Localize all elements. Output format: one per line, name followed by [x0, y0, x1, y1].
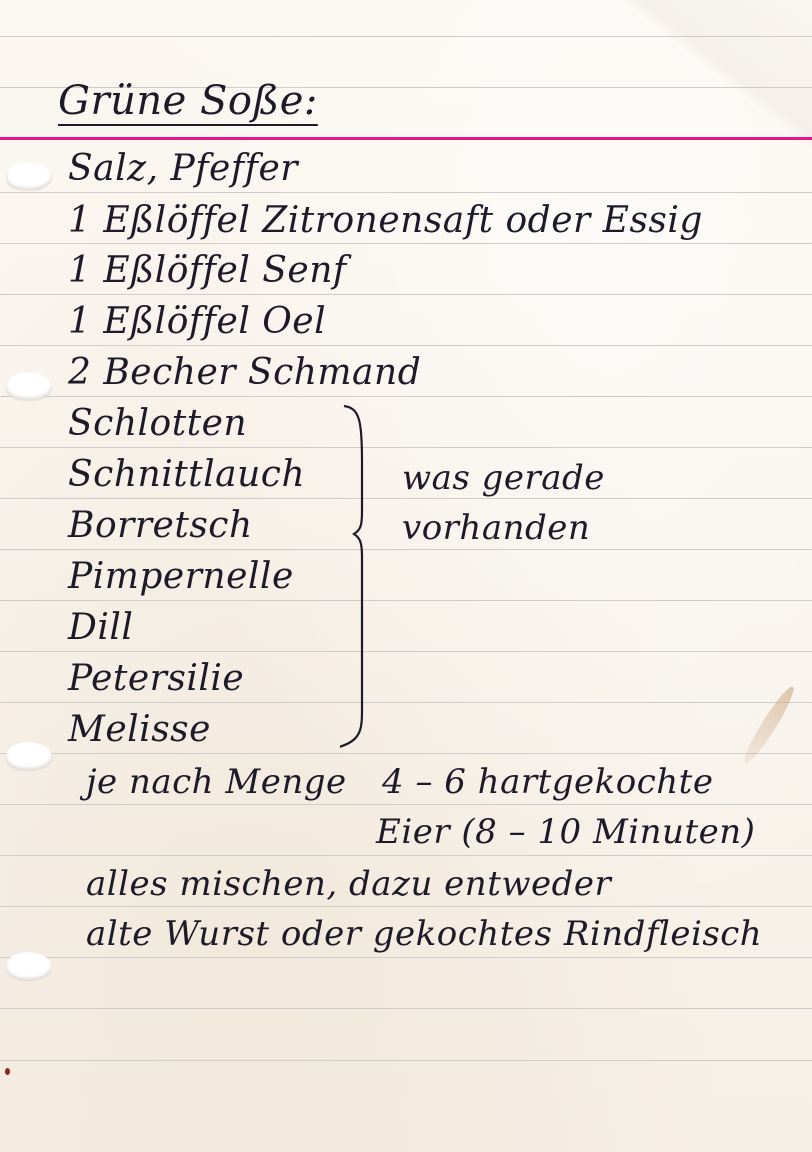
- ingredient-line: 1 Eßlöffel Zitronensaft oder Essig: [68, 200, 703, 241]
- ingredient-line: 1 Eßlöffel Oel: [68, 301, 326, 342]
- ruled-line: [0, 855, 812, 856]
- herbs-note-line1: was gerade: [402, 458, 605, 498]
- ruled-line: [0, 651, 812, 652]
- recipe-card: Grüne Soße: Salz, Pfeffer 1 Eßlöffel Zit…: [0, 0, 812, 1152]
- ingredient-line: 2 Becher Schmand: [68, 352, 421, 393]
- ink-spot: [5, 1068, 10, 1075]
- ruled-line: [0, 702, 812, 703]
- herbs-note-line2: vorhanden: [402, 508, 590, 548]
- herb-line: Melisse: [68, 709, 211, 750]
- instructions-line2: alte Wurst oder gekochtes Rindfleisch: [86, 914, 762, 954]
- recipe-title: Grüne Soße:: [58, 78, 318, 124]
- paper-stain: [739, 683, 799, 767]
- eggs-line1: 4 – 6 hartgekochte: [382, 762, 713, 802]
- ruled-line: [0, 549, 812, 550]
- ruled-line: [0, 396, 812, 397]
- punch-hole: [6, 742, 52, 770]
- punch-hole: [6, 952, 52, 980]
- herb-line: Schlotten: [68, 403, 247, 444]
- ruled-line: [0, 753, 812, 754]
- ingredient-line: Salz, Pfeffer: [68, 148, 298, 189]
- ruled-line: [0, 1008, 812, 1009]
- ruled-line: [0, 906, 812, 907]
- instructions-line1: alles mischen, dazu entweder: [86, 864, 611, 904]
- herb-line: Schnittlauch: [68, 454, 305, 495]
- punch-hole: [6, 162, 52, 190]
- ruled-line: [0, 294, 812, 295]
- header-margin-line: [0, 137, 812, 140]
- eggs-line2: Eier (8 – 10 Minuten): [376, 812, 755, 852]
- herb-line: Pimpernelle: [68, 556, 294, 597]
- ruled-line: [0, 804, 812, 805]
- curly-bracket-icon: [340, 402, 380, 754]
- ruled-line: [0, 1060, 812, 1061]
- herb-line: Borretsch: [68, 505, 253, 546]
- ruled-line: [0, 957, 812, 958]
- ruled-line: [0, 192, 812, 193]
- ruled-line: [0, 345, 812, 346]
- eggs-amount-label: je nach Menge: [86, 762, 347, 802]
- ruled-line: [0, 600, 812, 601]
- ruled-line: [0, 243, 812, 244]
- herb-line: Dill: [68, 607, 133, 648]
- punch-hole: [6, 372, 52, 400]
- ruled-line: [0, 447, 812, 448]
- paper-fold-shadow: [512, 0, 812, 357]
- ingredient-line: 1 Eßlöffel Senf: [68, 250, 347, 291]
- ruled-line: [0, 36, 812, 37]
- herb-line: Petersilie: [68, 658, 244, 699]
- ruled-line: [0, 498, 812, 499]
